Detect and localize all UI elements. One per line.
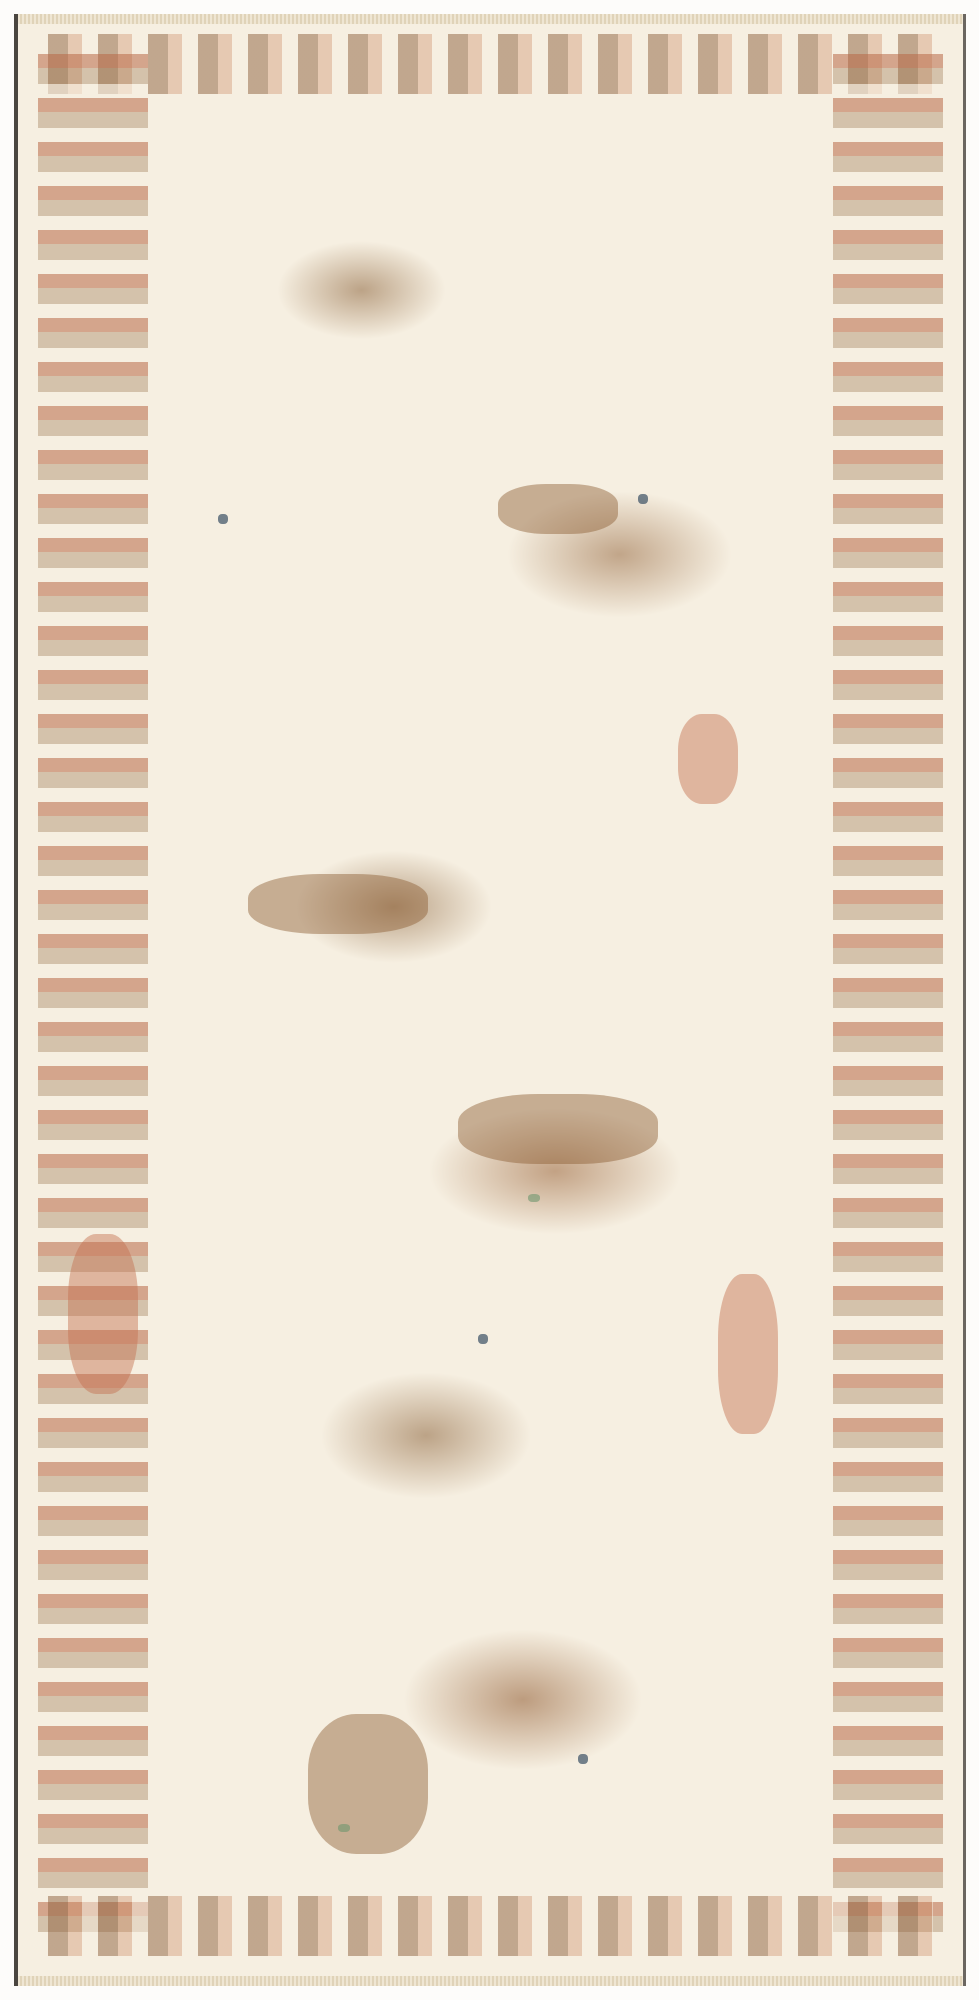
rug-border-left: [38, 54, 148, 1946]
rug-field-pattern: [168, 114, 813, 1876]
rug-motif: [478, 1334, 488, 1344]
rug-fringe-top: [18, 14, 963, 24]
rug-motif: [338, 1824, 350, 1832]
rug-motif: [498, 484, 618, 534]
rug-motif: [718, 1274, 778, 1434]
rug-border-bottom: [48, 1896, 933, 1956]
rug-motif: [248, 874, 428, 934]
rug-motif: [678, 714, 738, 804]
rug-fringe-bottom: [18, 1976, 963, 1986]
rug-motif: [458, 1094, 658, 1164]
rug: [14, 14, 966, 1986]
rug-motif: [638, 494, 648, 504]
photo-stage: [0, 0, 979, 2000]
rug-motif: [218, 514, 228, 524]
rug-motif: [528, 1194, 540, 1202]
rug-border-top: [48, 34, 933, 94]
rug-border-right: [833, 54, 943, 1946]
rug-motif: [578, 1754, 588, 1764]
rug-motif: [68, 1234, 138, 1394]
rug-motif: [308, 1714, 428, 1854]
